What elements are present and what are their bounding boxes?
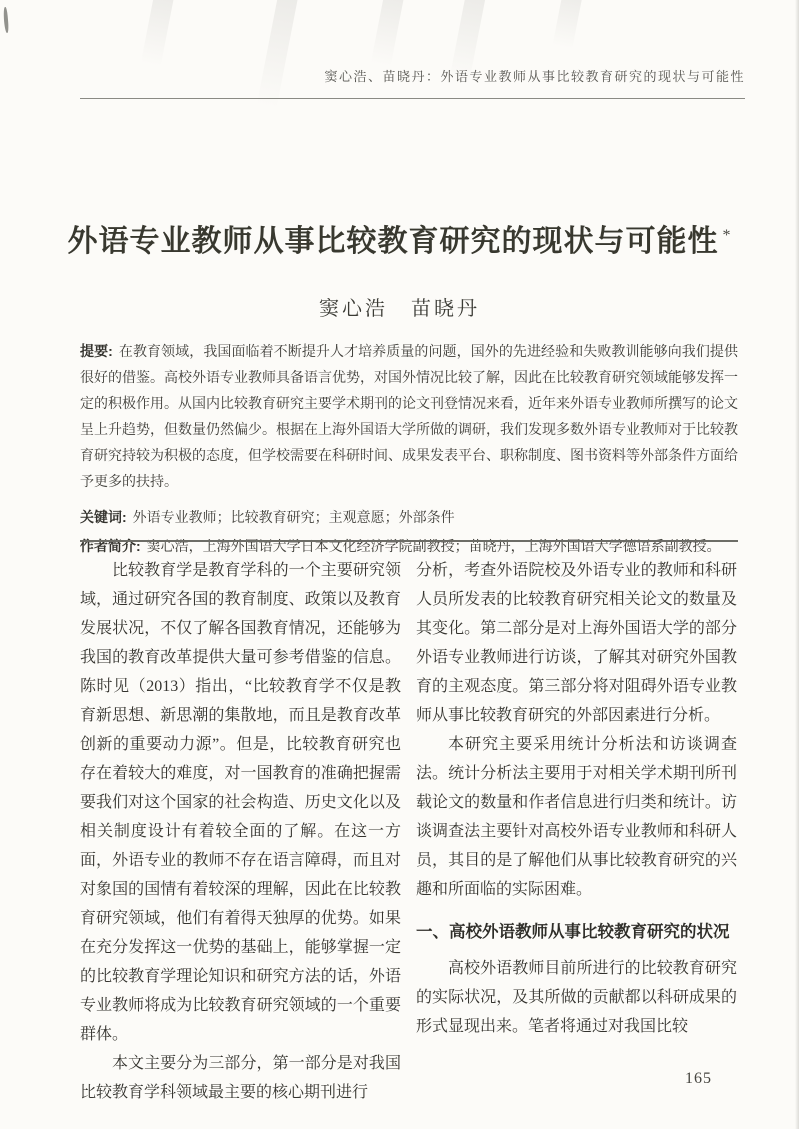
paper-title-text: 外语专业教师从事比较教育研究的现状与可能性: [68, 225, 719, 258]
running-header: 窦心浩、苗晓丹：外语专业教师从事比较教育研究的现状与可能性: [80, 66, 745, 85]
body-paragraph: 本文主要分为三部分，第一部分是对我国比较教育学科领域最主要的核心期刊进行: [80, 1049, 401, 1107]
scan-smudge: [257, 0, 300, 109]
body-paragraph: 比较教育学是教育学科的一个主要研究领域，通过研究各国的教育制度、政策以及教育发展…: [80, 556, 401, 1049]
header-rule: [80, 98, 745, 99]
page-number: 165: [685, 1070, 712, 1088]
abstract-paragraph: 提要:在教育领域，我国面临着不断提升人才培养质量的问题，国外的先进经验和失败教训…: [80, 338, 738, 496]
body-columns: 比较教育学是教育学科的一个主要研究领域，通过研究各国的教育制度、政策以及教育发展…: [80, 556, 738, 1107]
scan-edge-shadow: [795, 0, 799, 1129]
title-footnote-marker: *: [723, 227, 732, 244]
front-matter: 提要:在教育领域，我国面临着不断提升人才培养质量的问题，国外的先进经验和失败教训…: [80, 338, 738, 561]
body-paragraph: 本研究主要采用统计分析法和访谈调查法。统计分析法主要用于对相关学术期刊所刊载论文…: [416, 730, 737, 904]
left-column: 比较教育学是教育学科的一个主要研究领域，通过研究各国的教育制度、政策以及教育发展…: [80, 556, 401, 1107]
section-heading-1: 一、高校外语教师从事比较教育研究的状况: [416, 917, 737, 947]
keywords-label: 关键词:: [80, 509, 127, 525]
keywords-line: 关键词:外语专业教师；比较教育研究；主观意愿；外部条件: [80, 504, 738, 532]
front-matter-rule: [80, 540, 738, 542]
abstract-label: 提要:: [80, 343, 113, 359]
body-paragraph: 分析，考查外语院校及外语专业的教师和科研人员所发表的比较教育研究相关论文的数量及…: [416, 556, 737, 730]
abstract-text: 在教育领域，我国面临着不断提升人才培养质量的问题，国外的先进经验和失败教训能够向…: [80, 345, 738, 490]
authors-line: 窦心浩 苗晓丹: [0, 292, 799, 321]
scan-smudge: [141, 0, 176, 67]
keywords-text: 外语专业教师；比较教育研究；主观意愿；外部条件: [133, 511, 455, 526]
scan-smudge: [371, 0, 406, 67]
author-bio-text: 窦心浩，上海外国语大学日本文化经济学院副教授；苗晓丹，上海外国语大学德语系副教授…: [147, 540, 721, 555]
scan-smudge: [552, 0, 583, 49]
paper-title: 外语专业教师从事比较教育研究的现状与可能性*: [40, 216, 759, 260]
right-column: 分析，考查外语院校及外语专业的教师和科研人员所发表的比较教育研究相关论文的数量及…: [416, 556, 737, 1107]
body-paragraph: 高校外语教师目前所进行的比较教育研究的实际状况，及其所做的贡献都以科研成果的形式…: [416, 954, 737, 1041]
scan-corner-mark: [3, 7, 9, 33]
scanned-paper-page: 窦心浩、苗晓丹：外语专业教师从事比较教育研究的现状与可能性 外语专业教师从事比较…: [0, 0, 799, 1129]
